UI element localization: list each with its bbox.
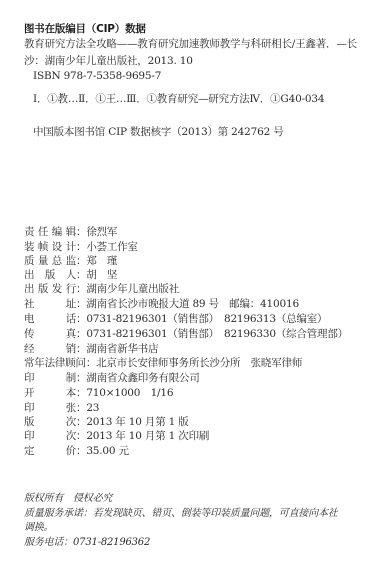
record-row: 传 真：0731-82196301（销售部） 82196330（综合管理部） — [24, 328, 348, 341]
record-value: 徐烈军 — [86, 226, 117, 238]
copyright-page: 图书在版编目（CIP）数据 教育研究方法全攻略——教育研究加速教师教学与科研相长… — [0, 0, 375, 567]
rights-notice: 版权所有 侵权必究 — [24, 492, 112, 505]
record-value: 2013 年 10 月第 1 版 — [86, 416, 188, 428]
record-row: 装帧设计：小荟工作室 — [24, 241, 138, 254]
record-separator: ： — [76, 416, 86, 428]
record-row: 开 本：710×1000 1/16 — [24, 387, 173, 400]
record-row: 质量总监：郑 瑾 — [24, 255, 117, 268]
record-label: 质量总监 — [24, 255, 76, 268]
record-row: 定 价：35.00 元 — [24, 445, 129, 458]
record-value: 0731-82196301（销售部） 82196313（总编室） — [86, 313, 327, 325]
record-separator: ： — [76, 283, 86, 295]
record-value: 胡 坚 — [86, 269, 117, 281]
record-value: 北京市长安律师事务所长沙分所 张晓军律师 — [96, 357, 302, 369]
record-value: 2013 年 10 月第 1 次印刷 — [86, 430, 209, 442]
cip-line-1: 教育研究方法全攻略——教育研究加速教师教学与科研相长/王鑫著．—长 — [24, 38, 357, 51]
record-label: 印 次 — [24, 430, 76, 443]
record-label: 定 价 — [24, 445, 76, 458]
service-phone: 服务电话：0731-82196362 — [24, 536, 150, 549]
record-label: 传 真 — [24, 328, 76, 341]
record-separator: ： — [76, 402, 86, 414]
record-label: 常年法律顾问 — [24, 357, 86, 369]
record-value: 710×1000 1/16 — [86, 387, 173, 399]
record-label: 出版发行 — [24, 283, 76, 296]
record-row: 责任编辑：徐烈军 — [24, 226, 117, 239]
record-label: 装帧设计 — [24, 241, 76, 254]
record-separator: ： — [76, 343, 86, 355]
record-row: 版 次：2013 年 10 月第 1 版 — [24, 416, 189, 429]
record-row: 常年法律顾问：北京市长安律师事务所长沙分所 张晓军律师 — [24, 357, 302, 370]
record-row: 出 版 人：胡 坚 — [24, 269, 117, 282]
record-value: 小荟工作室 — [86, 241, 138, 253]
record-separator: ： — [76, 387, 86, 399]
record-separator: ： — [76, 298, 86, 310]
record-separator: ： — [76, 313, 86, 325]
record-label: 社 址 — [24, 298, 76, 311]
cip-line-2: 沙：湖南少年儿童出版社，2013. 10 — [24, 55, 193, 68]
record-row: 印 次：2013 年 10 月第 1 次印刷 — [24, 430, 209, 443]
record-label: 责任编辑 — [24, 226, 76, 239]
record-row: 出版发行：湖南少年儿童出版社 — [24, 283, 179, 296]
record-value: 湖南少年儿童出版社 — [86, 283, 179, 295]
record-value: 郑 瑾 — [86, 255, 117, 267]
quality-promise-line-2: 调换。 — [24, 521, 53, 534]
cip-classification: Ⅰ．①教…Ⅱ．①王…Ⅲ．①教育研究—研究方法Ⅳ．①G40-034 — [33, 93, 324, 106]
record-row: 电 话：0731-82196301（销售部） 82196313（总编室） — [24, 313, 327, 326]
record-separator: ： — [76, 255, 86, 267]
record-row: 印 张：23 — [24, 402, 99, 415]
record-row: 印 制：湖南省众鑫印务有限公司 — [24, 372, 200, 385]
record-label: 印 张 — [24, 402, 76, 415]
record-row: 社 址：湖南省长沙市晚报大道 89 号 邮编：410016 — [24, 298, 299, 311]
record-separator: ： — [76, 372, 86, 384]
cip-record-number: 中国版本图书馆 CIP 数据核字（2013）第 242762 号 — [33, 126, 284, 139]
record-value: 23 — [86, 402, 99, 414]
record-label: 电 话 — [24, 313, 76, 326]
record-value: 湖南省长沙市晚报大道 89 号 邮编：410016 — [86, 298, 299, 310]
record-separator: ： — [76, 430, 86, 442]
record-label: 出 版 人 — [24, 269, 76, 282]
record-separator: ： — [76, 328, 86, 340]
record-label: 开 本 — [24, 387, 76, 400]
record-value: 湖南省新华书店 — [86, 343, 158, 355]
record-label: 印 制 — [24, 372, 76, 385]
record-separator: ： — [76, 226, 86, 238]
cip-isbn: ISBN 978-7-5358-9695-7 — [33, 70, 161, 83]
record-value: 0731-82196301（销售部） 82196330（综合管理部） — [86, 328, 348, 340]
cip-title: 图书在版编目（CIP）数据 — [24, 23, 146, 36]
record-value: 湖南省众鑫印务有限公司 — [86, 372, 199, 384]
quality-promise-line-1: 质量服务承诺：若发现缺页、错页、倒装等印装质量问题，可直接向本社 — [24, 507, 338, 520]
record-separator: ： — [86, 357, 96, 369]
record-separator: ： — [76, 241, 86, 253]
record-value: 35.00 元 — [86, 445, 129, 457]
record-label: 版 次 — [24, 416, 76, 429]
record-separator: ： — [76, 445, 86, 457]
record-separator: ： — [76, 269, 86, 281]
record-row: 经 销：湖南省新华书店 — [24, 343, 158, 356]
record-label: 经 销 — [24, 343, 76, 356]
